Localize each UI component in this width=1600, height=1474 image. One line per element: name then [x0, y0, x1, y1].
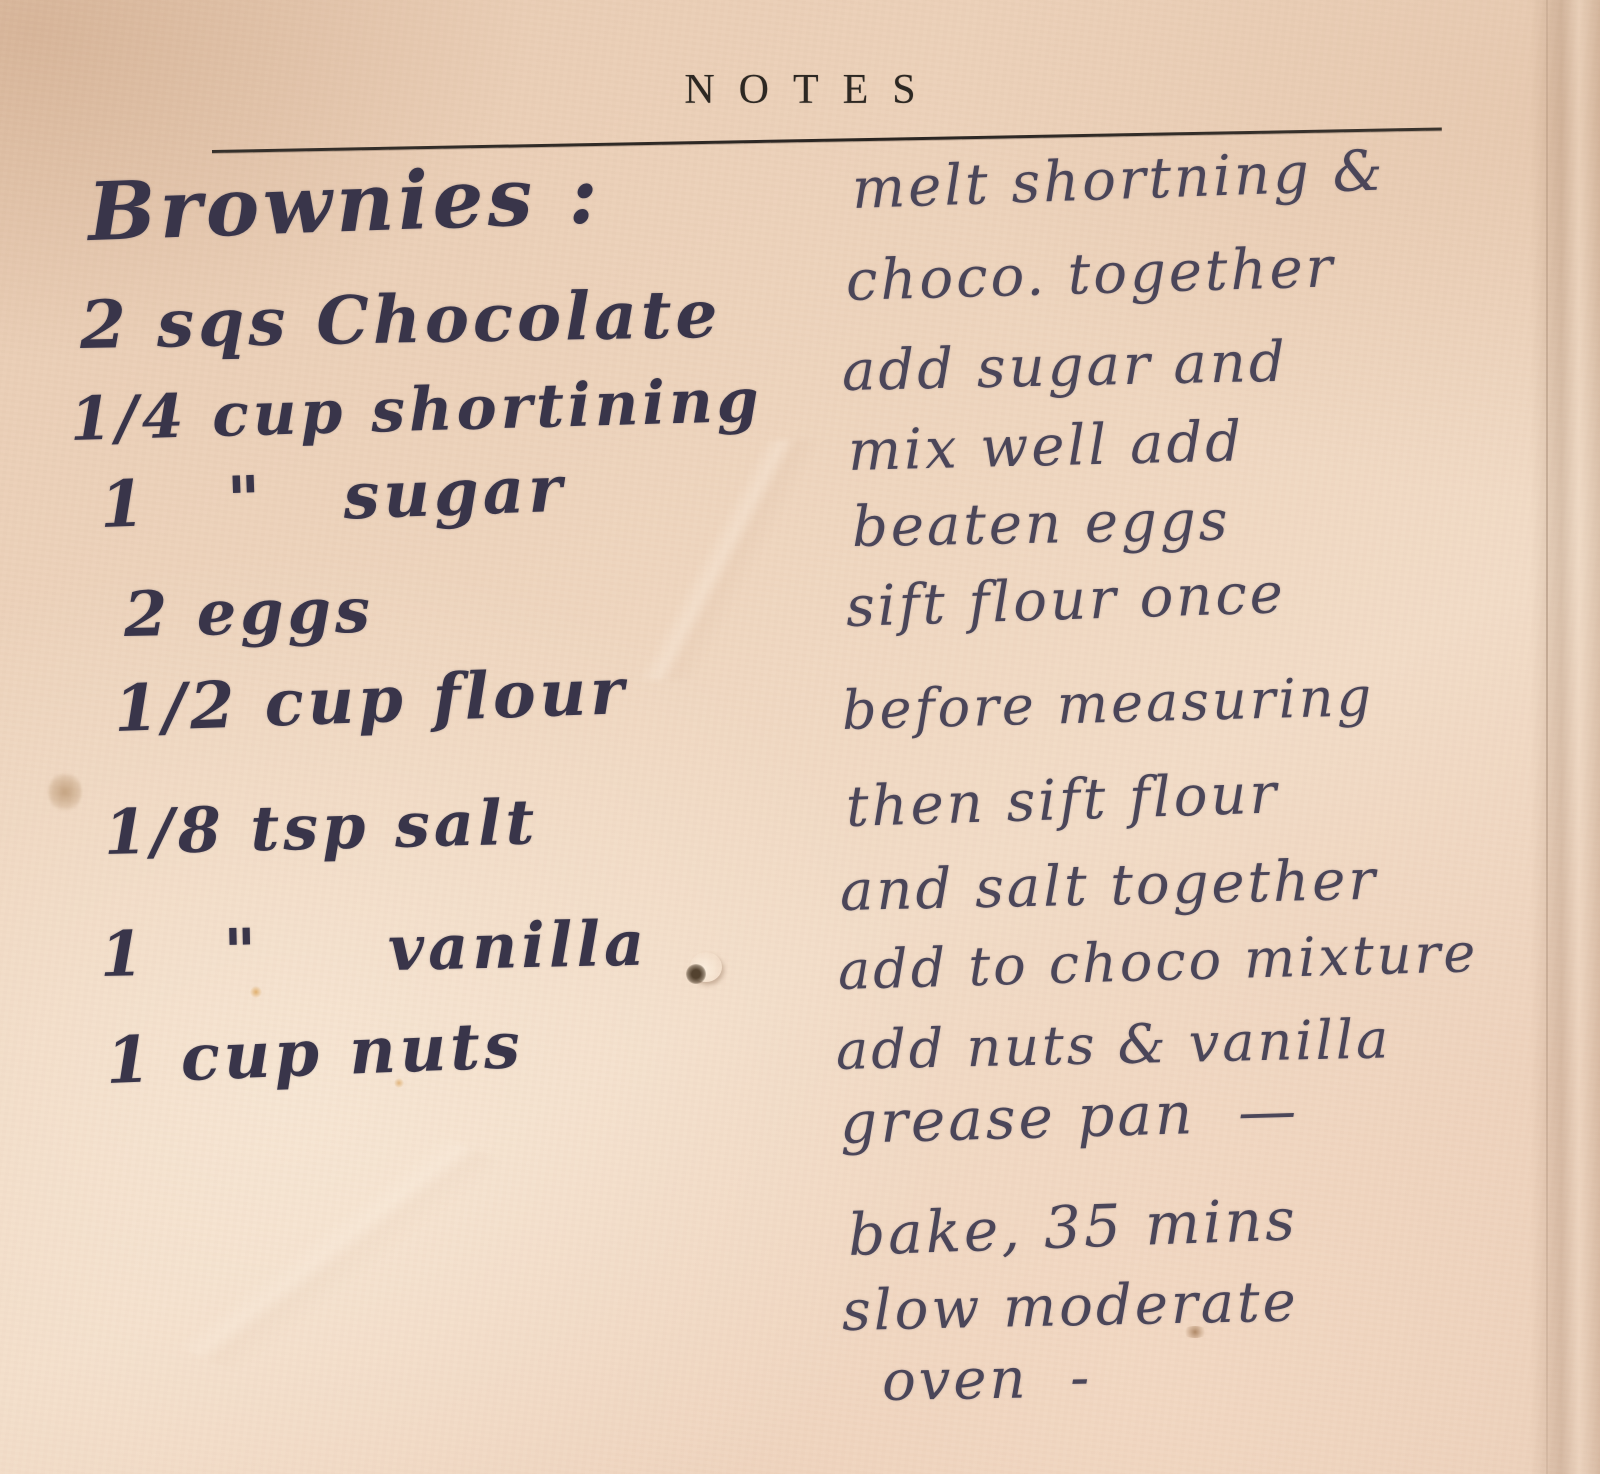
instruction-line: and salt together	[839, 853, 1378, 920]
instruction-line: before measuring	[841, 670, 1374, 738]
instruction-line: beaten eggs	[852, 493, 1231, 556]
ingredient-line-salt: 1/8 tsp salt	[103, 791, 539, 864]
paper-hole	[684, 952, 724, 996]
ingredient-line-chocolate: 2 sqs Chocolate	[79, 281, 721, 358]
paper-speck	[394, 1078, 404, 1088]
instruction-line: grease pan —	[839, 1081, 1300, 1152]
instruction-line: melt shortning &	[851, 143, 1386, 218]
instruction-line: oven -	[882, 1350, 1093, 1410]
instruction-line: sift flour once	[845, 566, 1286, 636]
ingredient-line-vanilla: 1 " vanilla	[99, 913, 648, 986]
page-edge-shadow	[1530, 0, 1600, 1474]
instruction-line: bake, 35 mins	[847, 1190, 1299, 1264]
instruction-line: slow moderate	[841, 1274, 1299, 1340]
page-header-title: NOTES	[0, 66, 1600, 114]
paper-crease	[540, 440, 900, 680]
instruction-line: add sugar and	[841, 335, 1288, 400]
ingredient-line-nuts: 1 cup nuts	[105, 1014, 525, 1094]
ingredient-line-sugar: 1 " sugar	[99, 458, 567, 538]
paper-hole-pit	[686, 964, 706, 984]
paper-speck	[250, 986, 262, 998]
instruction-line: then sift flour	[845, 766, 1280, 836]
ingredient-line-eggs: 2 eggs	[123, 580, 374, 646]
recipe-title: Brownies :	[87, 154, 603, 252]
instruction-line: add nuts & vanilla	[835, 1012, 1391, 1078]
paper-stain	[48, 772, 82, 812]
instruction-line: mix well add	[847, 414, 1244, 480]
instruction-line: add to choco mixture	[837, 926, 1479, 998]
ink-smudge	[1182, 1326, 1208, 1338]
scanned-notes-page: NOTES Brownies : 2 sqs Chocolate 1/4 cup…	[0, 0, 1600, 1474]
instruction-line: choco. together	[845, 240, 1336, 310]
ingredient-line-flour: 1/2 cup flour	[113, 660, 629, 742]
ingredient-line-shortening: 1/4 cup shortining	[69, 371, 763, 450]
